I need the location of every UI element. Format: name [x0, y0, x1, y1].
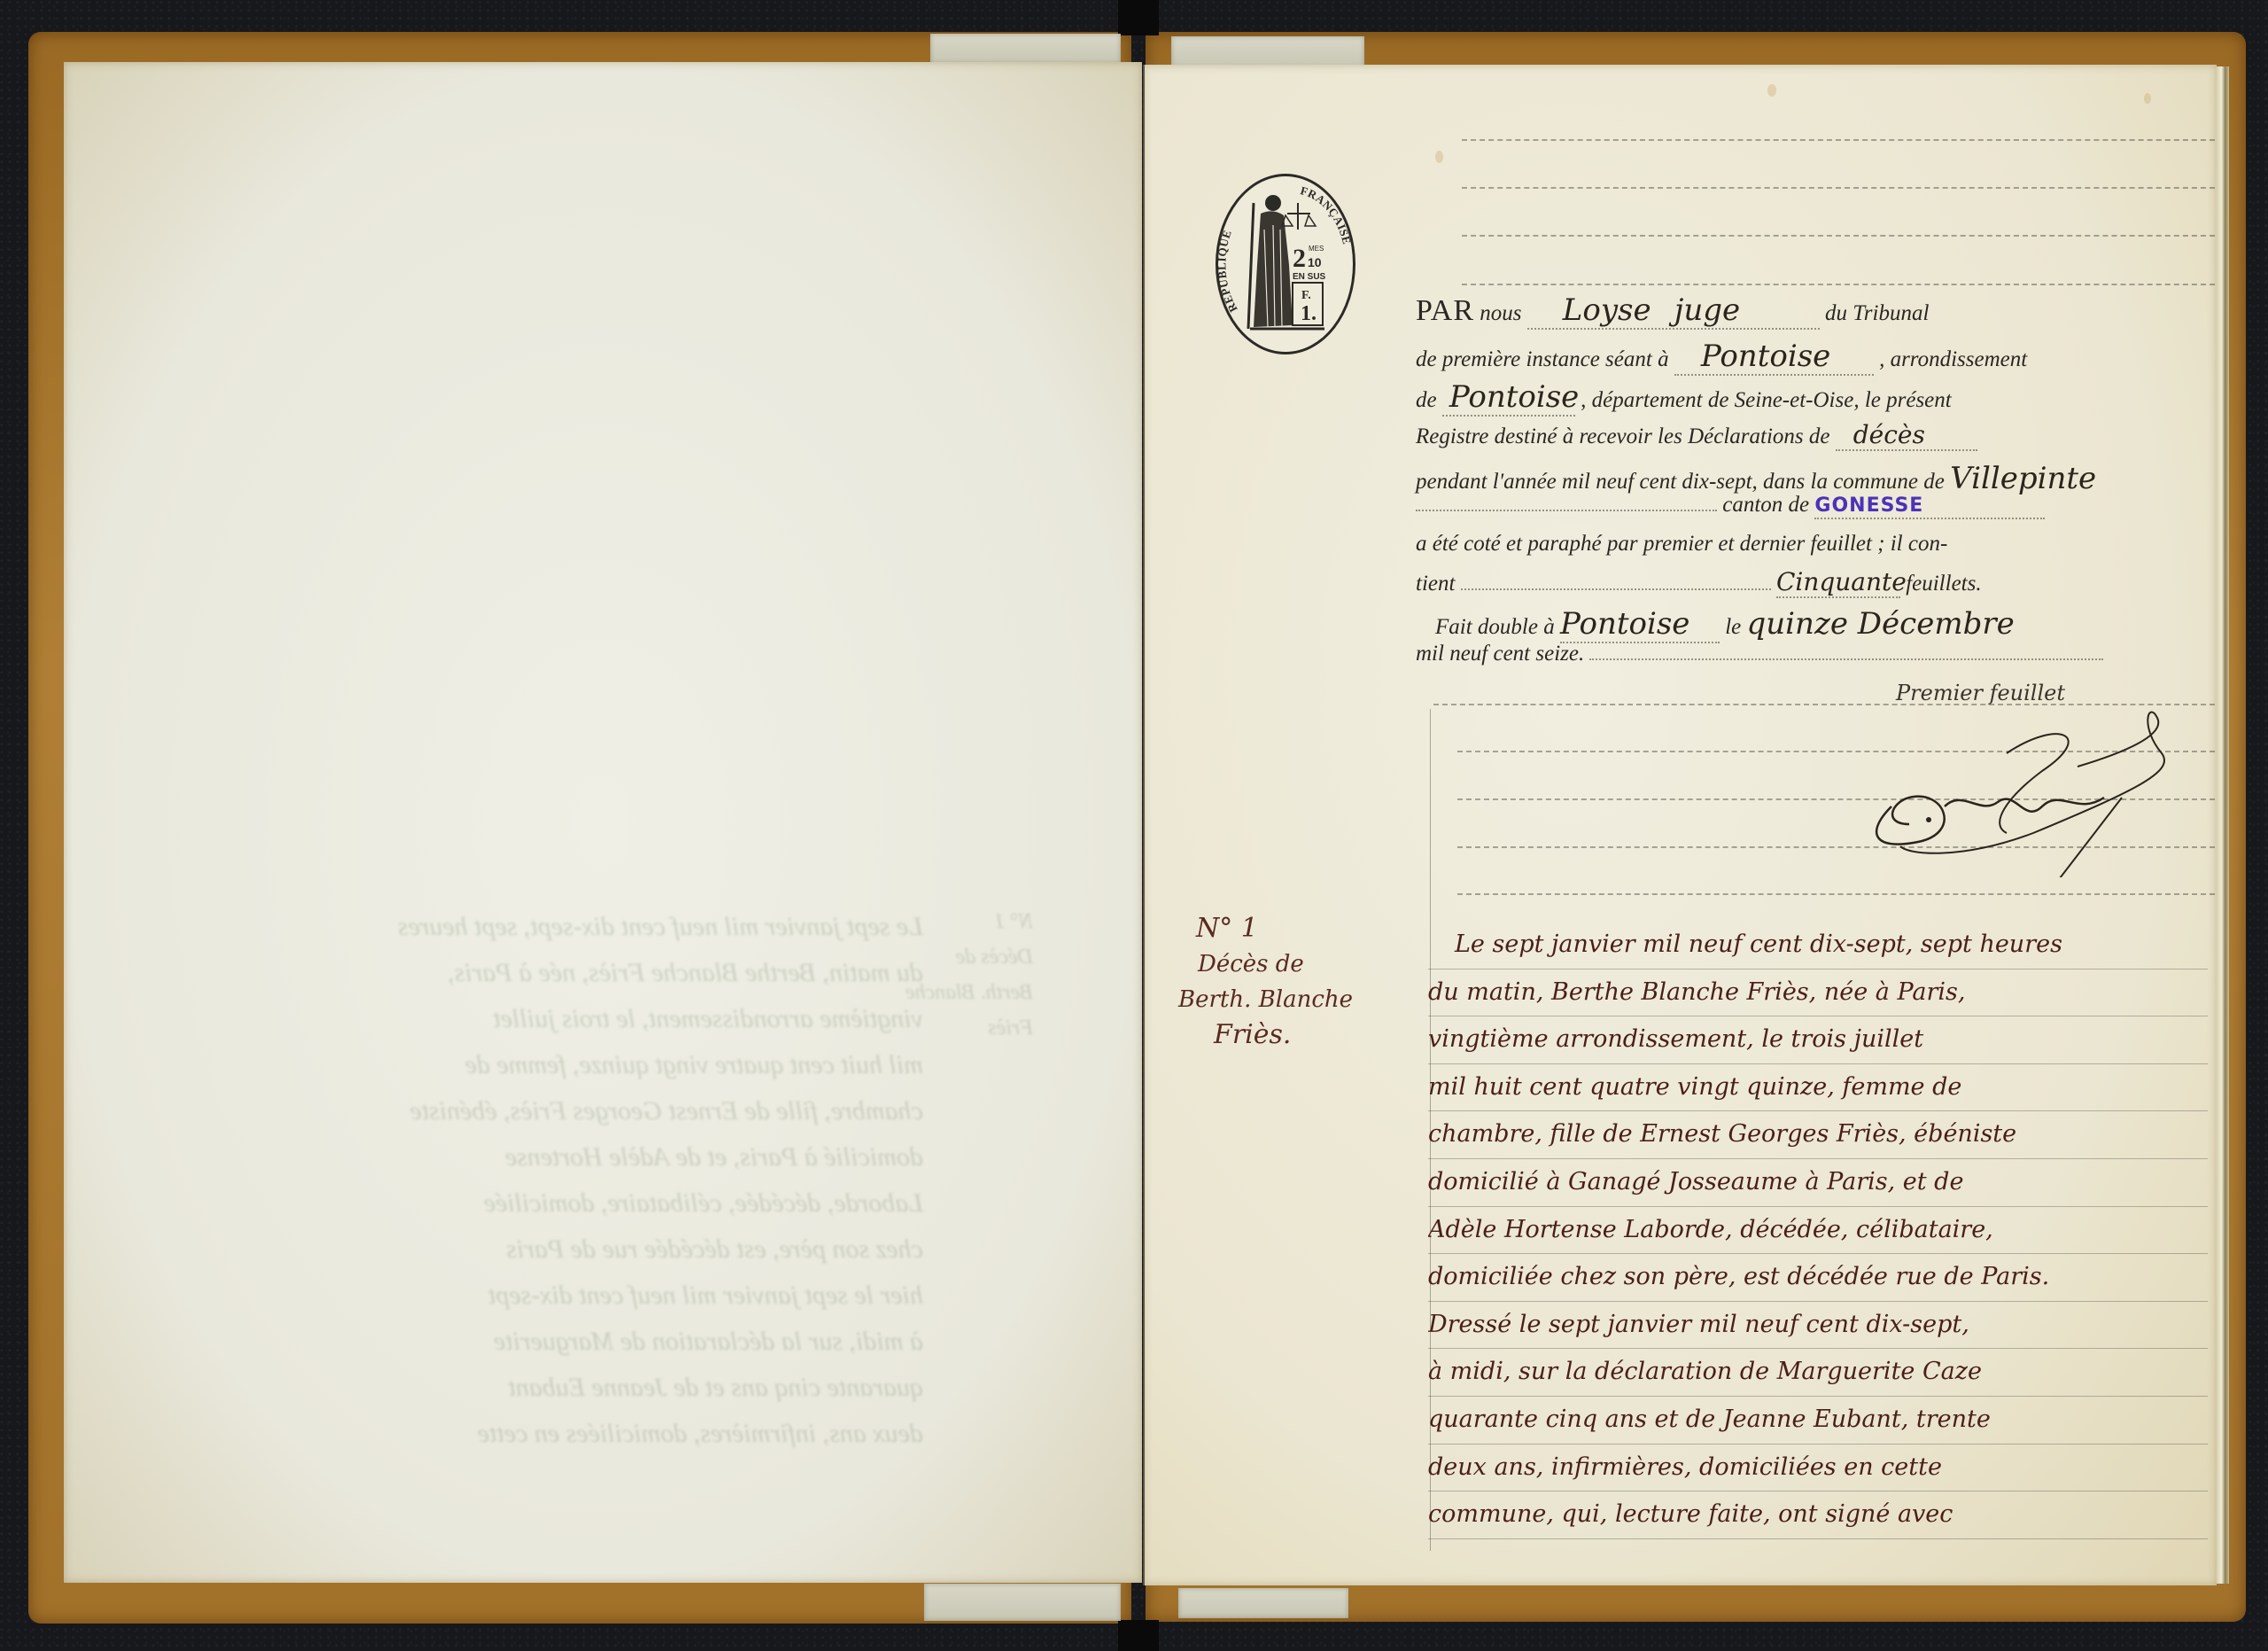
bleed-line: vingtième arrondissement, le trois juill… — [161, 996, 923, 1042]
bleed-line: chez son père, est décédée rue de Paris — [161, 1227, 923, 1273]
form-line-canton: canton de GONESSE — [1416, 493, 2045, 519]
entry-line: du matin, Berthe Blanche Friès, née à Pa… — [1428, 970, 2208, 1017]
binding-tape-top-left — [930, 34, 1121, 64]
gutter-line — [1143, 65, 1145, 1585]
form-cote: a été coté et paraphé par premier et der… — [1416, 532, 1947, 556]
entry-line: domicilié à Ganagé Josseaume à Paris, et… — [1428, 1159, 2208, 1207]
form-fait-double: Fait double à — [1435, 615, 1555, 639]
entry-line: commune, qui, lecture faite, ont signé a… — [1428, 1491, 2208, 1539]
entry-line: Dressé le sept janvier mil neuf cent dix… — [1428, 1302, 2208, 1350]
declaration-type: décès — [1853, 420, 1925, 449]
bleed-line: Le sept janvier mil neuf cent dix-sept, … — [161, 904, 923, 950]
commune-name: Villepinte — [1950, 461, 2096, 496]
form-line-tient: tient Cinquante feuillets. — [1416, 567, 1982, 598]
foxing-stain — [1435, 151, 1443, 163]
ruled-line — [1457, 893, 2215, 895]
entry-margin-note: N° 1 Décès de Berth. Blanche Friès. — [1178, 911, 1426, 1053]
revenue-stamp: RÉPUBLIQUE FRANÇAISE 2 MES 10 EN SUS F. … — [1216, 174, 1355, 354]
page-edges — [2217, 66, 2229, 1584]
binding-tape-bottom-right — [1178, 1588, 1348, 1618]
fait-date: quinze Décembre — [1747, 606, 2015, 642]
form-arrondissement: , arrondissement — [1879, 347, 2027, 371]
form-tient: tient — [1416, 572, 1455, 596]
ruled-line — [1462, 139, 2215, 141]
marianne-justice-icon: RÉPUBLIQUE FRANÇAISE 2 MES 10 EN SUS F. … — [1218, 176, 1353, 352]
arrondissement-name: Pontoise — [1449, 379, 1579, 415]
svg-text:FRANÇAISE: FRANÇAISE — [1299, 183, 1353, 245]
bleed-line: hier le sept janvier mil neuf cent dix-s… — [161, 1273, 923, 1319]
foxing-stain — [1767, 84, 1776, 97]
svg-text:F.: F. — [1301, 289, 1311, 302]
margin-deces-de: Décès de — [1178, 946, 1426, 982]
bleed-line: quarante cinq ans et de Jeanne Eubant — [161, 1365, 923, 1411]
judge-name: Loyse — [1563, 292, 1651, 328]
ruled-line — [1462, 235, 2215, 237]
margin-name: Berth. Blanche — [1178, 982, 1426, 1017]
svg-text:RÉPUBLIQUE: RÉPUBLIQUE — [1218, 228, 1240, 315]
form-line-pendant: pendant l'année mil neuf cent dix-sept, … — [1416, 461, 2096, 496]
entry-line: chambre, fille de Ernest Georges Friès, … — [1428, 1111, 2208, 1159]
bleed-through-margin: N° 1 Décès de Berth. Blanche Friès — [905, 904, 1033, 1046]
svg-text:2: 2 — [1293, 244, 1306, 273]
death-record-entry: Le sept janvier mil neuf cent dix-sept, … — [1428, 922, 2208, 1539]
form-feuillets: feuillets. — [1906, 572, 1981, 596]
spine-gap-bottom — [1118, 1620, 1159, 1651]
form-mil-neuf-cent-seize: mil neuf cent seize. — [1416, 642, 1584, 666]
form-registre: Registre destiné à recevoir les Déclarat… — [1416, 424, 1829, 448]
form-par: PAR — [1416, 294, 1474, 327]
form-line-fait-double: Fait double à Pontoise le quinze Décembr… — [1435, 606, 2015, 643]
form-line-par-nous: PAR nous Loyse juge du Tribunal — [1416, 292, 1929, 330]
tribunal-seat: Pontoise — [1701, 339, 1830, 374]
form-le: le — [1725, 615, 1741, 639]
bleed-margin-line: Berth. Blanche — [905, 975, 1033, 1010]
ruled-line — [1462, 187, 2215, 189]
bleed-line: Laborde, décédée, célibataire, domicilié… — [161, 1180, 923, 1227]
svg-text:MES: MES — [1309, 245, 1324, 253]
svg-text:EN SUS: EN SUS — [1293, 272, 1326, 282]
ruled-line — [1462, 284, 2215, 285]
bleed-through-text: Le sept janvier mil neuf cent dix-sept, … — [161, 904, 923, 1457]
feuillet-count: Cinquante — [1776, 567, 1907, 596]
bleed-line: chambre, fille de Ernest Georges Friès, … — [161, 1088, 923, 1134]
form-line-registre: Registre destiné à recevoir les Déclarat… — [1416, 420, 1977, 451]
entry-line: Le sept janvier mil neuf cent dix-sept, … — [1428, 922, 2208, 970]
form-instance: de première instance séant à — [1416, 347, 1669, 371]
entry-line: Adèle Hortense Laborde, décédée, célibat… — [1428, 1207, 2208, 1255]
entry-line: mil huit cent quatre vingt quinze, femme… — [1428, 1064, 2208, 1112]
spine-gap-top — [1118, 0, 1159, 35]
bleed-line: du matin, Berthe Blanche Friès, née à Pa… — [161, 950, 923, 996]
bleed-margin-line: N° 1 — [905, 904, 1033, 939]
form-departement: , département de Seine-et-Oise, le prése… — [1581, 388, 1952, 412]
entry-line: deux ans, infirmières, domiciliées en ce… — [1428, 1445, 2208, 1492]
left-page: Le sept janvier mil neuf cent dix-sept, … — [64, 62, 1142, 1583]
entry-line: à midi, sur la déclaration de Marguerite… — [1428, 1349, 2208, 1397]
bleed-line: domicilié à Paris, et de Adèle Hortense — [161, 1134, 923, 1180]
form-line-departement: de Pontoise , département de Seine-et-Oi… — [1416, 379, 1952, 417]
bleed-line: mil huit cent quatre vingt quinze, femme… — [161, 1042, 923, 1088]
margin-surname: Friès. — [1178, 1017, 1426, 1053]
entry-line: quarante cinq ans et de Jeanne Eubant, t… — [1428, 1397, 2208, 1445]
entry-line: domiciliée chez son père, est décédée ru… — [1428, 1254, 2208, 1302]
entry-line: vingtième arrondissement, le trois juill… — [1428, 1016, 2208, 1064]
form-pendant: pendant l'année mil neuf cent dix-sept, … — [1416, 470, 1945, 494]
fait-place: Pontoise — [1560, 606, 1689, 642]
form-nous: nous — [1480, 301, 1521, 325]
svg-text:1.: 1. — [1301, 302, 1317, 325]
form-line-instance: de première instance séant à Pontoise , … — [1416, 339, 2027, 376]
binding-tape-top-right — [1171, 36, 1364, 68]
judge-signature-icon — [1856, 700, 2193, 877]
entry-number: N° 1 — [1178, 911, 1426, 946]
judge-title: juge — [1674, 292, 1740, 328]
form-de: de — [1416, 388, 1437, 412]
bleed-line: deux ans, infirmières, domiciliées en ce… — [161, 1411, 923, 1457]
form-line-cote: a été coté et paraphé par premier et der… — [1416, 532, 1947, 557]
foxing-stain — [2144, 93, 2151, 104]
bleed-margin-line: Friès — [905, 1010, 1033, 1046]
form-canton-label: canton de — [1722, 493, 1809, 517]
bleed-margin-line: Décès de — [905, 939, 1033, 975]
form-du-tribunal: du Tribunal — [1825, 301, 1929, 325]
svg-text:10: 10 — [1308, 255, 1322, 269]
binding-tape-bottom-left — [924, 1584, 1121, 1621]
form-line-mil-neuf: mil neuf cent seize. — [1416, 642, 2103, 666]
canton-stamp: GONESSE — [1814, 495, 1923, 517]
bleed-line: à midi, sur la déclaration de Marguerite — [161, 1319, 923, 1365]
